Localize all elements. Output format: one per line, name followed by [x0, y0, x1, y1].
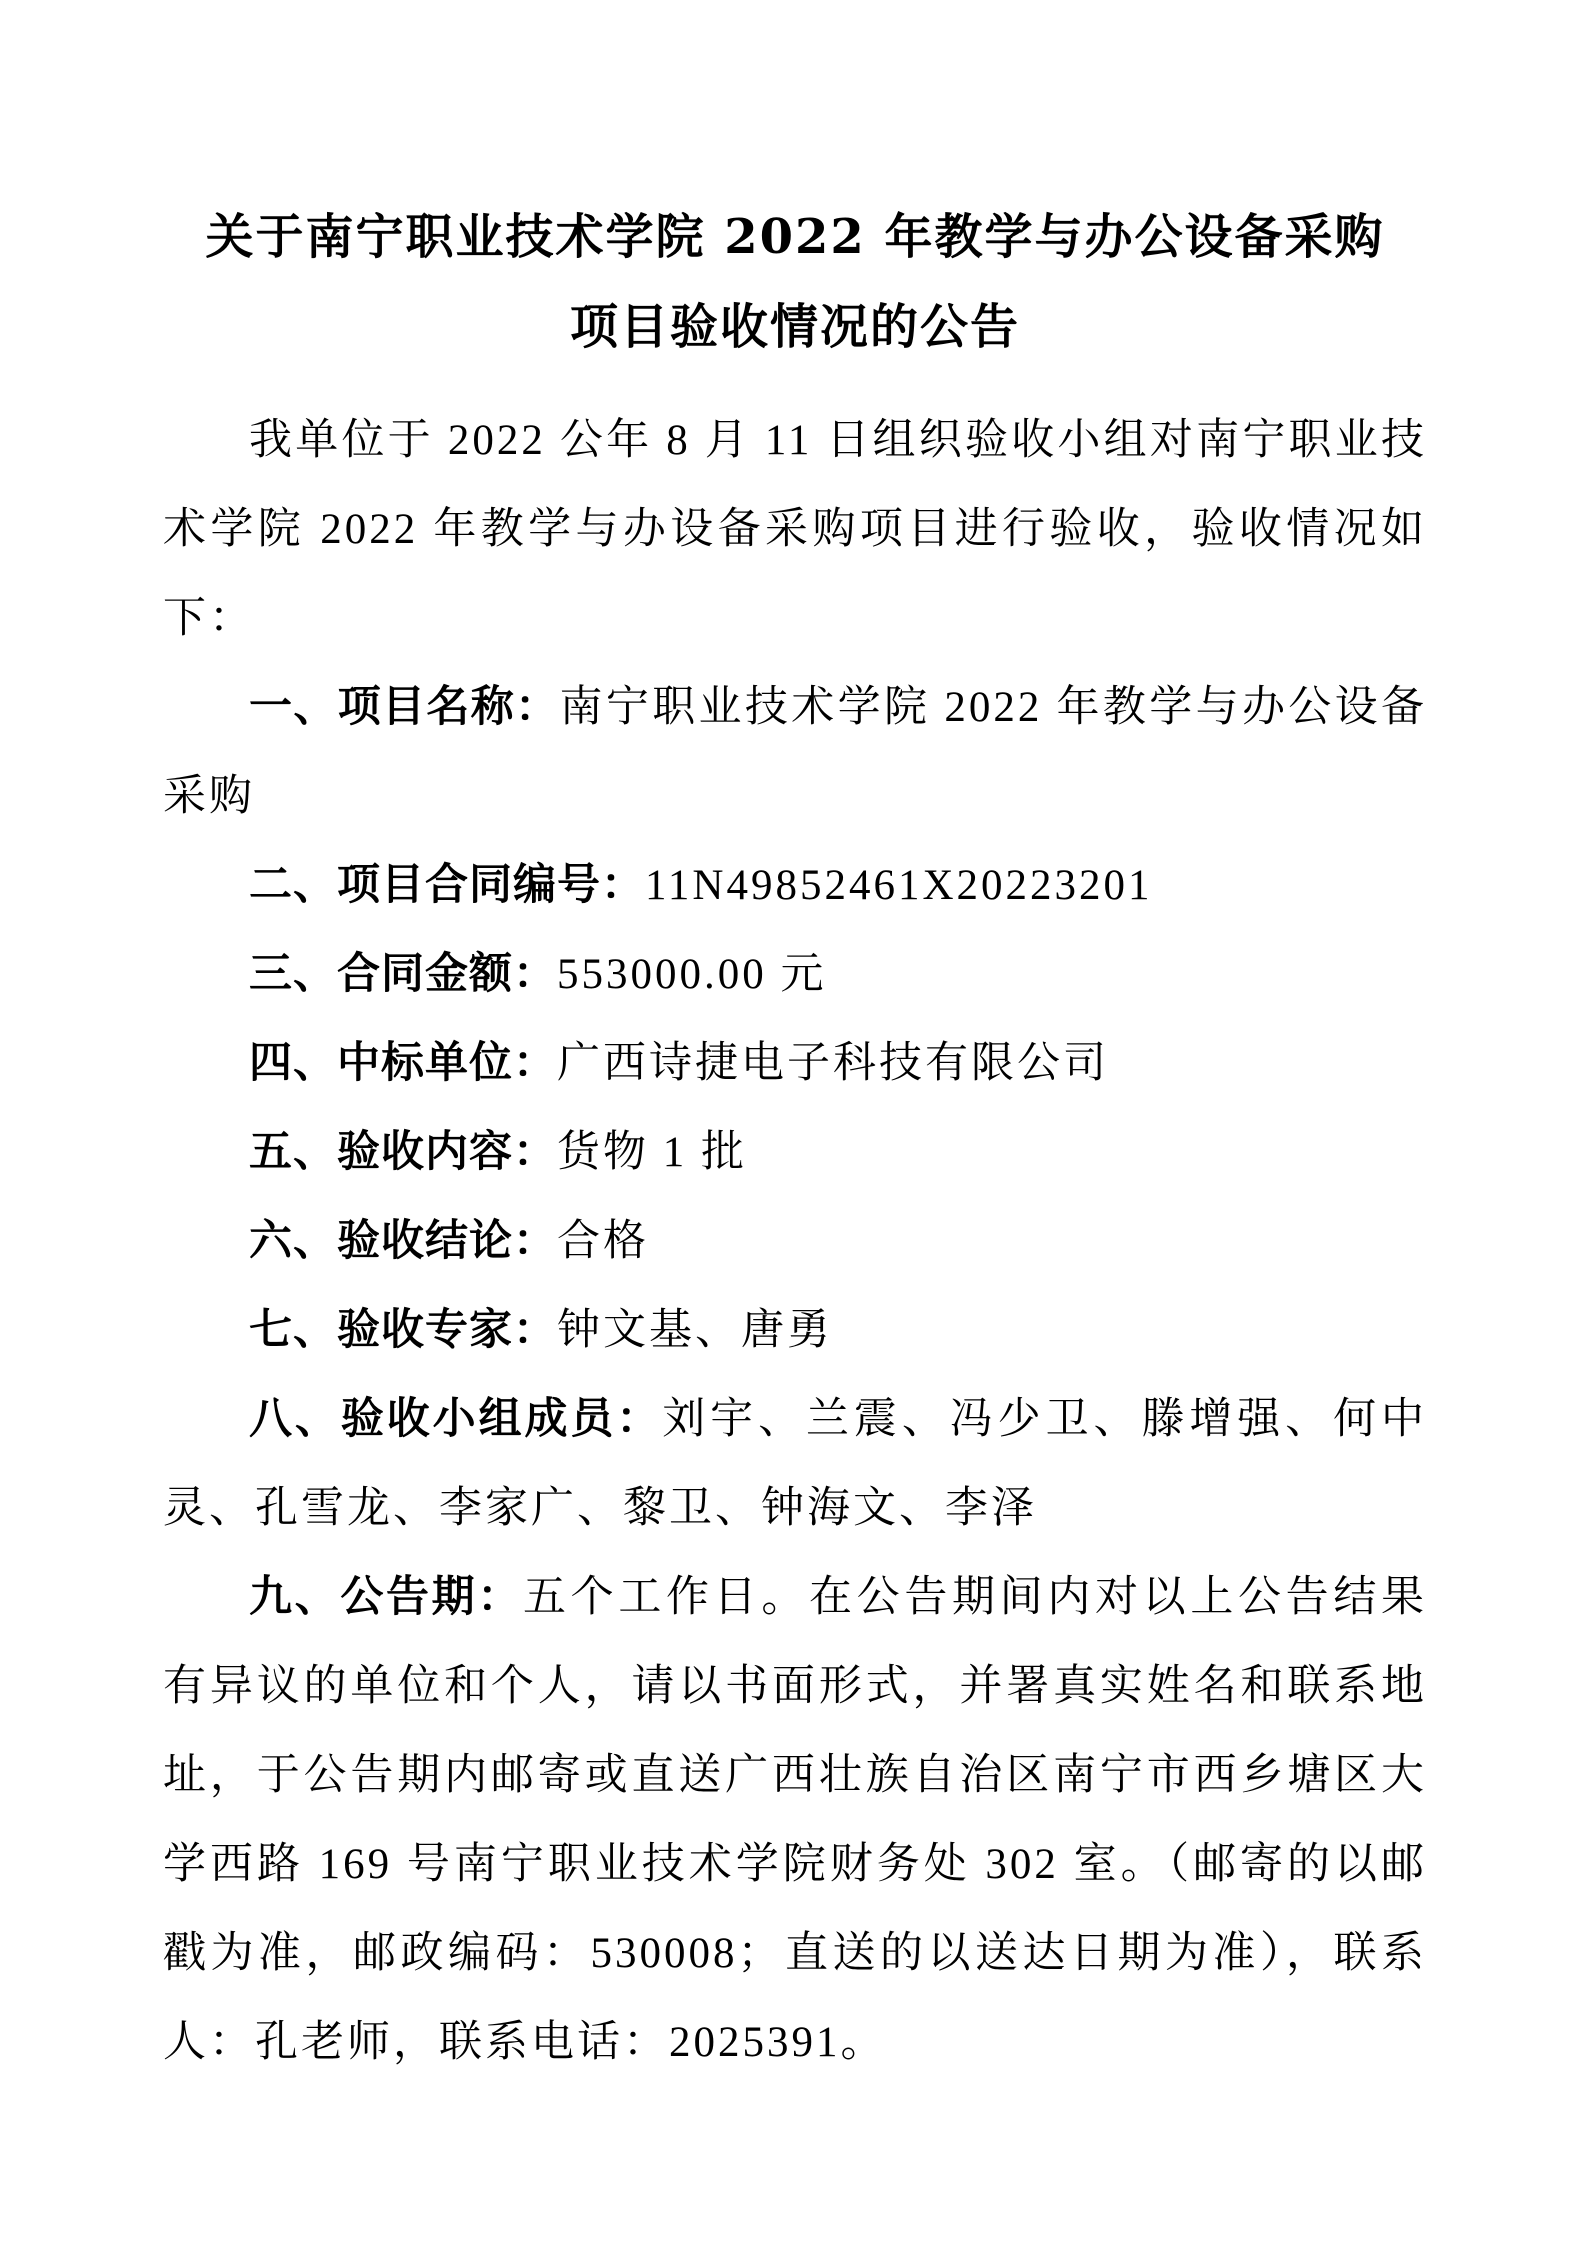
- item-value-9: 五个工作日。在公告期间内对以上公告结果有异议的单位和个人，请以书面形式，并署真实…: [163, 1574, 1427, 2066]
- item-paragraph-7: 七、验收专家：钟文基、唐勇: [163, 1286, 1427, 1375]
- document-title-line-2: 项目验收情况的公告: [163, 282, 1427, 372]
- item-paragraph-6: 六、验收结论：合格: [163, 1197, 1427, 1286]
- item-value-5: 货物 1 批: [557, 1129, 747, 1176]
- item-label-1: 一、项目名称：: [249, 683, 559, 731]
- item-value-6: 合格: [557, 1218, 649, 1265]
- item-value-2: 11N49852461X20223201: [645, 862, 1153, 909]
- item-value-4: 广西诗捷电子科技有限公司: [557, 1040, 1109, 1087]
- item-paragraph-1: 一、项目名称：南宁职业技术学院 2022 年教学与办公设备采购: [163, 663, 1427, 841]
- document-page: 关于南宁职业技术学院 2022 年教学与办公设备采购 项目验收情况的公告 我单位…: [0, 0, 1587, 2245]
- item-label-9: 九、公告期：: [249, 1573, 523, 1621]
- item-label-7: 七、验收专家：: [249, 1306, 557, 1354]
- intro-paragraph: 我单位于 2022 公年 8 月 11 日组织验收小组对南宁职业技术学院 202…: [163, 396, 1427, 663]
- item-paragraph-8: 八、验收小组成员：刘宇、兰震、冯少卫、滕增强、何中灵、孔雪龙、李家广、黎卫、钟海…: [163, 1375, 1427, 1553]
- item-label-6: 六、验收结论：: [249, 1217, 557, 1265]
- item-paragraph-9: 九、公告期：五个工作日。在公告期间内对以上公告结果有异议的单位和个人，请以书面形…: [163, 1553, 1427, 2087]
- item-paragraph-5: 五、验收内容：货物 1 批: [163, 1108, 1427, 1197]
- item-label-2: 二、项目合同编号：: [249, 861, 645, 909]
- item-paragraph-3: 三、合同金额：553000.00 元: [163, 930, 1427, 1019]
- item-label-5: 五、验收内容：: [249, 1128, 557, 1176]
- item-label-4: 四、中标单位：: [249, 1039, 557, 1087]
- item-label-8: 八、验收小组成员：: [249, 1395, 662, 1443]
- item-paragraph-4: 四、中标单位：广西诗捷电子科技有限公司: [163, 1019, 1427, 1108]
- item-value-7: 钟文基、唐勇: [557, 1307, 833, 1354]
- item-paragraph-2: 二、项目合同编号：11N49852461X20223201: [163, 841, 1427, 930]
- document-title: 关于南宁职业技术学院 2022 年教学与办公设备采购 项目验收情况的公告: [163, 192, 1427, 372]
- item-value-3: 553000.00 元: [557, 951, 827, 998]
- item-label-3: 三、合同金额：: [249, 950, 557, 998]
- document-title-line-1: 关于南宁职业技术学院 2022 年教学与办公设备采购: [163, 192, 1427, 282]
